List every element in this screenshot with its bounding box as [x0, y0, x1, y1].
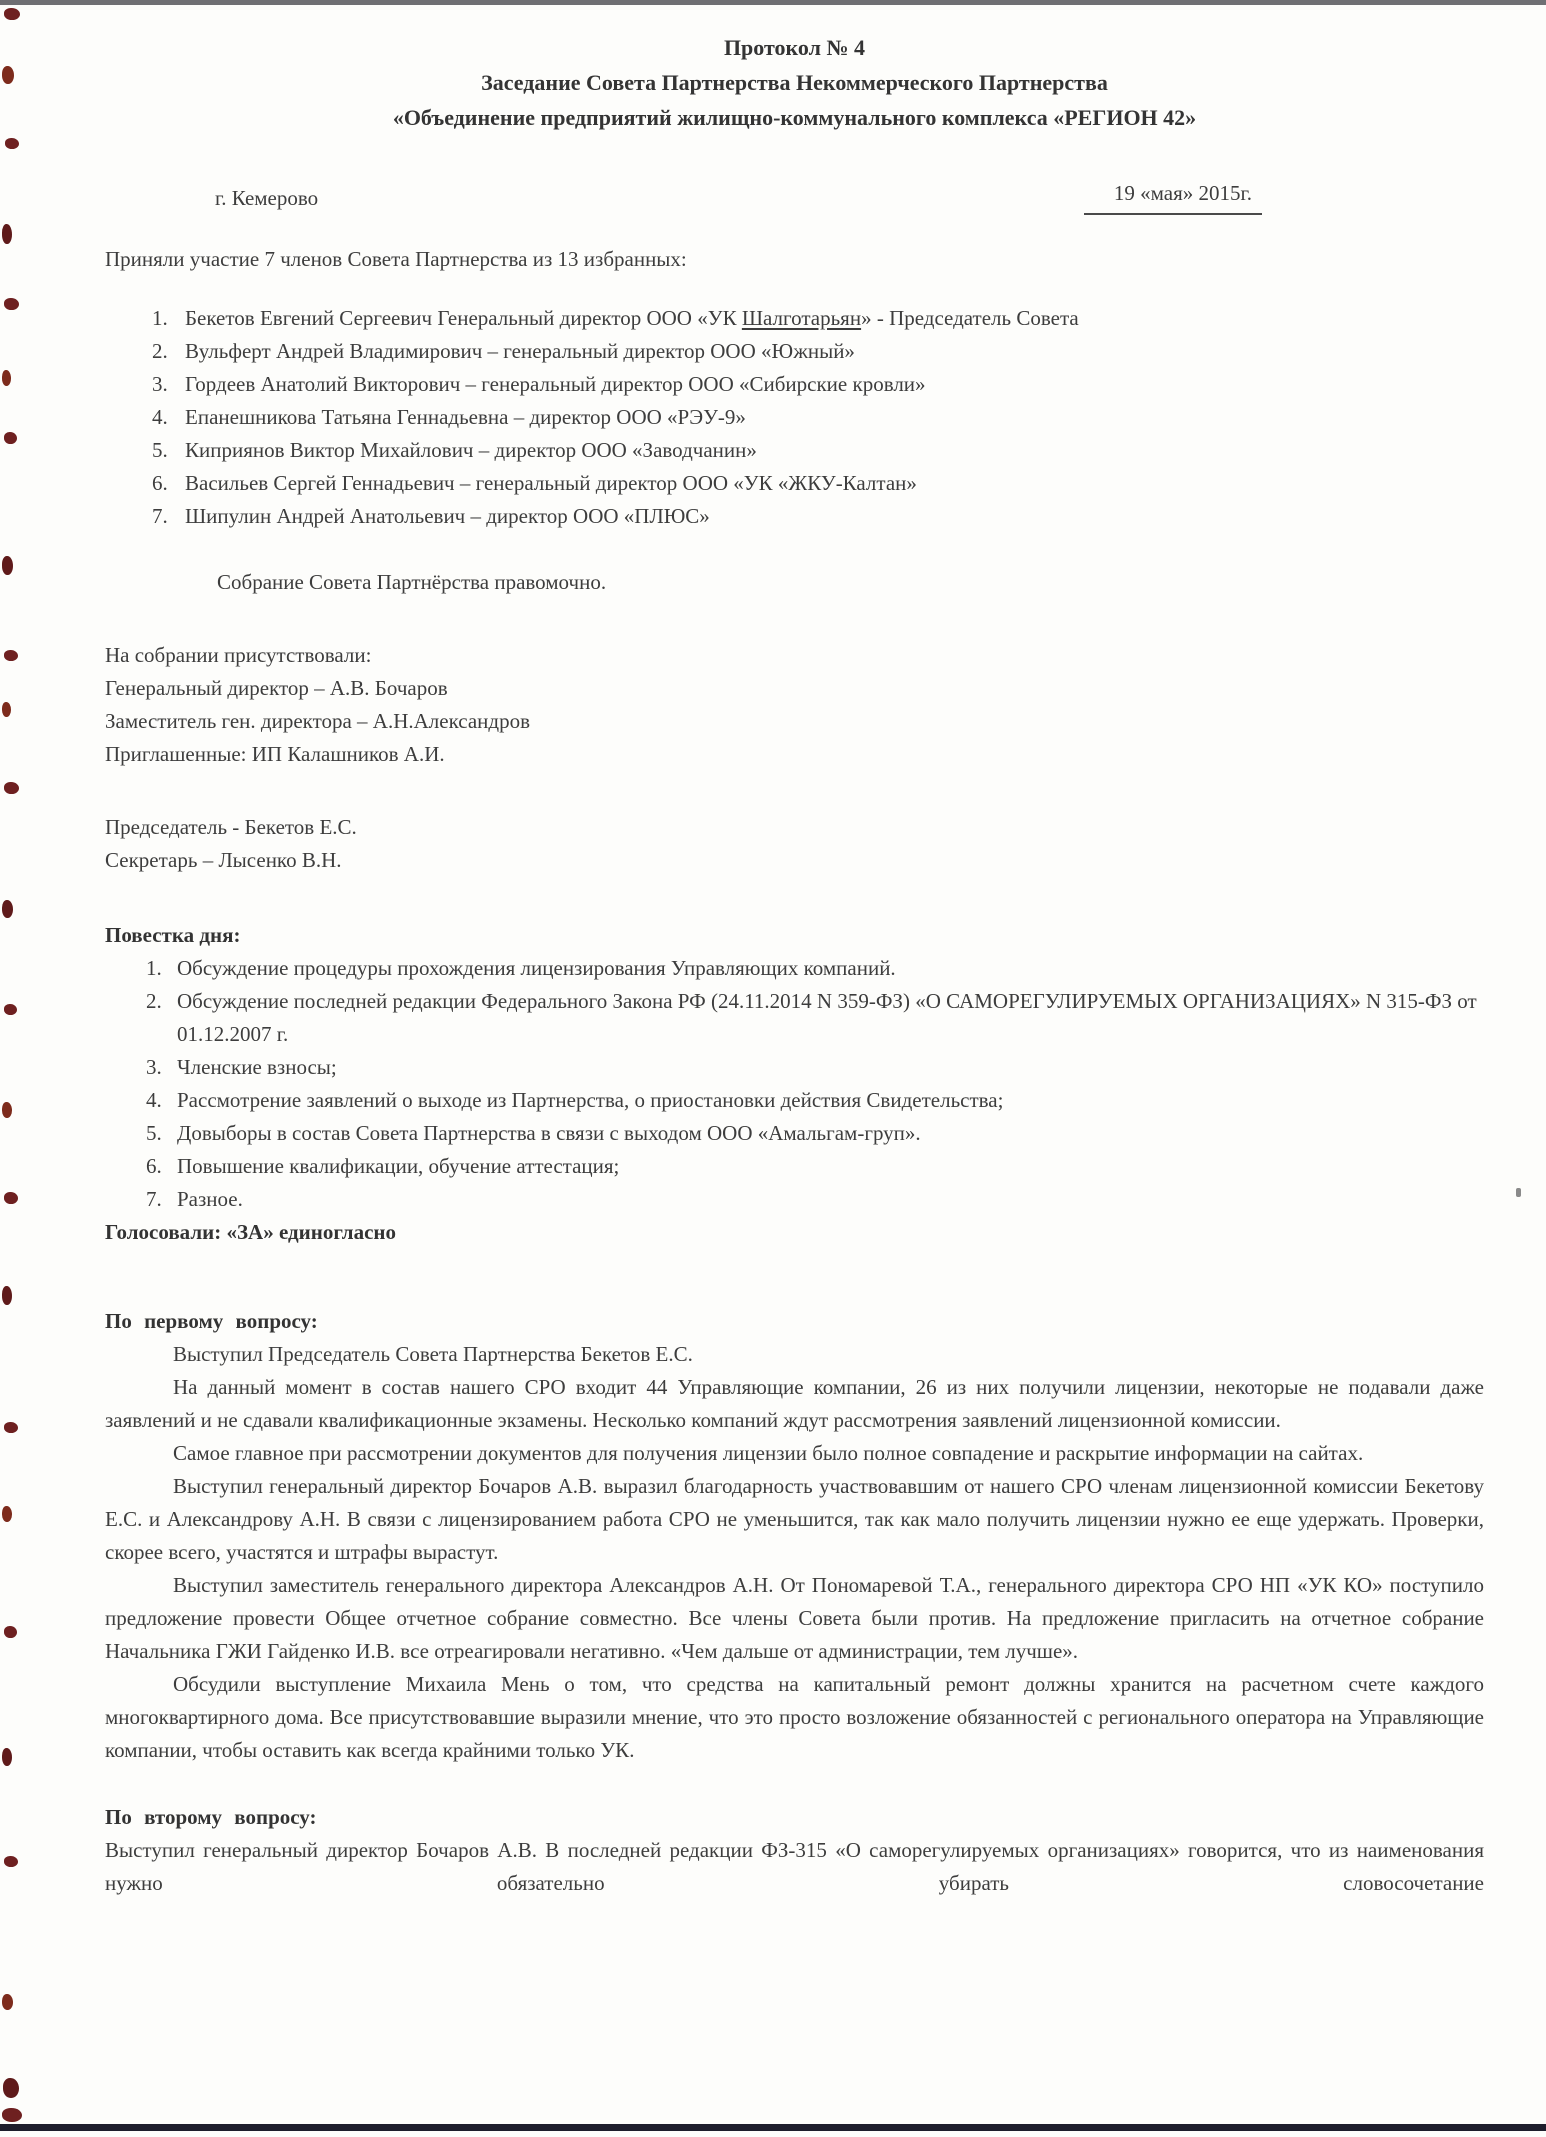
title-line-2: Заседание Совета Партнерства Некоммерчес… — [105, 65, 1484, 100]
agenda-heading: Повестка дня: — [105, 919, 1484, 952]
agenda-item: Членские взносы; — [167, 1051, 1484, 1084]
attendees-block: На собрании присутствовали: Генеральный … — [105, 639, 1484, 771]
vote-result-line: Голосовали: «ЗА» единогласно — [105, 1216, 1484, 1249]
question1-heading: По первому вопросу: — [105, 1305, 1484, 1338]
agenda-item: Довыборы в состав Совета Партнерства в с… — [167, 1117, 1484, 1150]
chairman-line: Председатель - Бекетов Е.С. — [105, 811, 1484, 844]
member-item: Шипулин Андрей Анатольевич – директор ОО… — [173, 500, 1484, 533]
member-text-underlined: Шалготарьян — [742, 306, 861, 330]
agenda-list: Обсуждение процедуры прохождения лицензи… — [105, 952, 1484, 1216]
member-item: Киприянов Виктор Михайлович – директор О… — [173, 434, 1484, 467]
members-list: Бекетов Евгений Сергеевич Генеральный ди… — [105, 302, 1484, 533]
attendees-heading: На собрании присутствовали: — [105, 639, 1484, 672]
paragraph: Выступил генеральный директор Бочаров А.… — [105, 1834, 1484, 1900]
date-label: 19 «мая» 2015г. — [1084, 177, 1262, 215]
agenda-item: Повышение квалификации, обучение аттеста… — [167, 1150, 1484, 1183]
agenda-item: Разное. — [167, 1183, 1484, 1216]
document-title: Протокол № 4 Заседание Совета Партнерств… — [105, 30, 1484, 135]
member-item: Епанешникова Татьяна Геннадьевна – дирек… — [173, 401, 1484, 434]
officers-block: Председатель - Бекетов Е.С. Секретарь – … — [105, 811, 1484, 877]
secretary-line: Секретарь – Лысенко В.Н. — [105, 844, 1484, 877]
agenda-item: Обсуждение процедуры прохождения лицензи… — [167, 952, 1484, 985]
attendee-line: Заместитель ген. директора – А.Н.Алексан… — [105, 705, 1484, 738]
paragraph: Обсудили выступление Михаила Мень о том,… — [105, 1668, 1484, 1767]
scan-mark — [3, 2078, 19, 2098]
attendee-line: Генеральный директор – А.В. Бочаров — [105, 672, 1484, 705]
scan-mark — [2, 1994, 13, 2010]
attendee-line: Приглашенные: ИП Калашников А.И. — [105, 738, 1484, 771]
agenda-item: Обсуждение последней редакции Федерально… — [167, 985, 1484, 1051]
paragraph: Самое главное при рассмотрении документо… — [105, 1437, 1484, 1470]
title-line-3: «Объединение предприятий жилищно-коммуна… — [105, 100, 1484, 135]
member-text: Бекетов Евгений Сергеевич Генеральный ди… — [185, 306, 742, 330]
scanned-document: { "document": { "title_line1": "Протокол… — [0, 0, 1546, 2137]
member-item: Гордеев Анатолий Викторович – генеральны… — [173, 368, 1484, 401]
participation-line: Приняли участие 7 членов Совета Партнерс… — [105, 243, 1484, 276]
member-item: Бекетов Евгений Сергеевич Генеральный ди… — [173, 302, 1484, 335]
question2-heading: По второму вопросу: — [105, 1801, 1484, 1834]
agenda-item: Рассмотрение заявлений о выходе из Партн… — [167, 1084, 1484, 1117]
scan-mark — [2, 2108, 22, 2122]
city-date-row: г. Кемерово 19 «мая» 2015г. — [105, 177, 1484, 215]
member-text: » - Председатель Совета — [861, 306, 1079, 330]
question2-body: Выступил генеральный директор Бочаров А.… — [105, 1834, 1484, 1900]
paragraph: Выступил Председатель Совета Партнерства… — [105, 1338, 1484, 1371]
member-item: Вульферт Андрей Владимирович – генеральн… — [173, 335, 1484, 368]
scan-bottom-edge — [0, 2124, 1546, 2131]
member-item: Васильев Сергей Геннадьевич – генеральны… — [173, 467, 1484, 500]
document-page: Протокол № 4 Заседание Совета Партнерств… — [0, 0, 1546, 1900]
quorum-line: Собрание Совета Партнёрства правомочно. — [217, 566, 1484, 599]
city-label: г. Кемерово — [215, 182, 318, 215]
paragraph: Выступил генеральный директор Бочаров А.… — [105, 1470, 1484, 1569]
paragraph: Выступил заместитель генерального директ… — [105, 1569, 1484, 1668]
title-line-1: Протокол № 4 — [105, 30, 1484, 65]
paragraph: На данный момент в состав нашего СРО вхо… — [105, 1371, 1484, 1437]
question1-body: Выступил Председатель Совета Партнерства… — [105, 1338, 1484, 1767]
